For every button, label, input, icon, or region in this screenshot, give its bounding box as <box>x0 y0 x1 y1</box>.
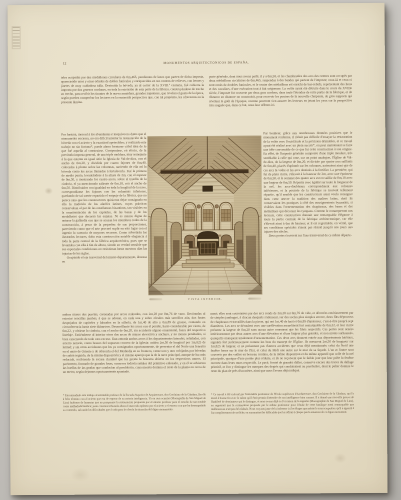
church-interior-engraving <box>147 136 262 296</box>
spanish-paragraph: Por fortuna, merced á los abundantes é i… <box>61 132 147 255</box>
french-paragraph: Par bonheur, grâce aux nombreuses donnée… <box>263 131 353 234</box>
french-paragraph: Deux portes s'ouvrent sur l'axe transver… <box>264 234 353 239</box>
footnote-spanish: * Encomendado este trabajo al estimable … <box>63 393 206 440</box>
spanish-column-bottom: ambos muros dos puertas, coronadas por a… <box>62 312 205 391</box>
book-page: 12 MONUMENTOS ARQUITECTÓNICOS DE ESPAÑA.… <box>8 3 388 495</box>
running-title: MONUMENTOS ARQUITECTÓNICOS DE ESPAÑA. <box>61 60 352 69</box>
footnote-french: * Ce travail a été exécuté par l'estimab… <box>211 392 354 439</box>
engraving-plate: VISTA INTERIOR. <box>147 136 262 307</box>
spanish-paragraph: Ocupando el eje trasversal del mismo dep… <box>62 255 147 264</box>
french-column-bottom: ment; elles sont couronnées par des arcs… <box>210 311 353 390</box>
spanish-column-top: teles ocupadas por dos medallones circul… <box>61 75 204 132</box>
page-content: 12 MONUMENTOS ARQUITECTÓNICOS DE ESPAÑA.… <box>61 3 355 495</box>
spanish-column-beside-figure: Por fortuna, merced á los abundantes é i… <box>61 132 147 313</box>
library-stamp-icon <box>13 27 20 48</box>
french-column-beside-figure: Par bonheur, grâce aux nombreuses donnée… <box>263 131 353 312</box>
plate-caption: VISTA INTERIOR. <box>148 297 262 306</box>
plate-caption-row: VISTA INTERIOR. <box>148 295 262 306</box>
engraver-credit-smudge <box>248 298 261 300</box>
french-column-top: porte générale, dont nous avons parlé, i… <box>209 74 352 132</box>
running-title-text: MONUMENTOS ARQUITECTÓNICOS DE ESPAÑA. <box>61 60 352 66</box>
